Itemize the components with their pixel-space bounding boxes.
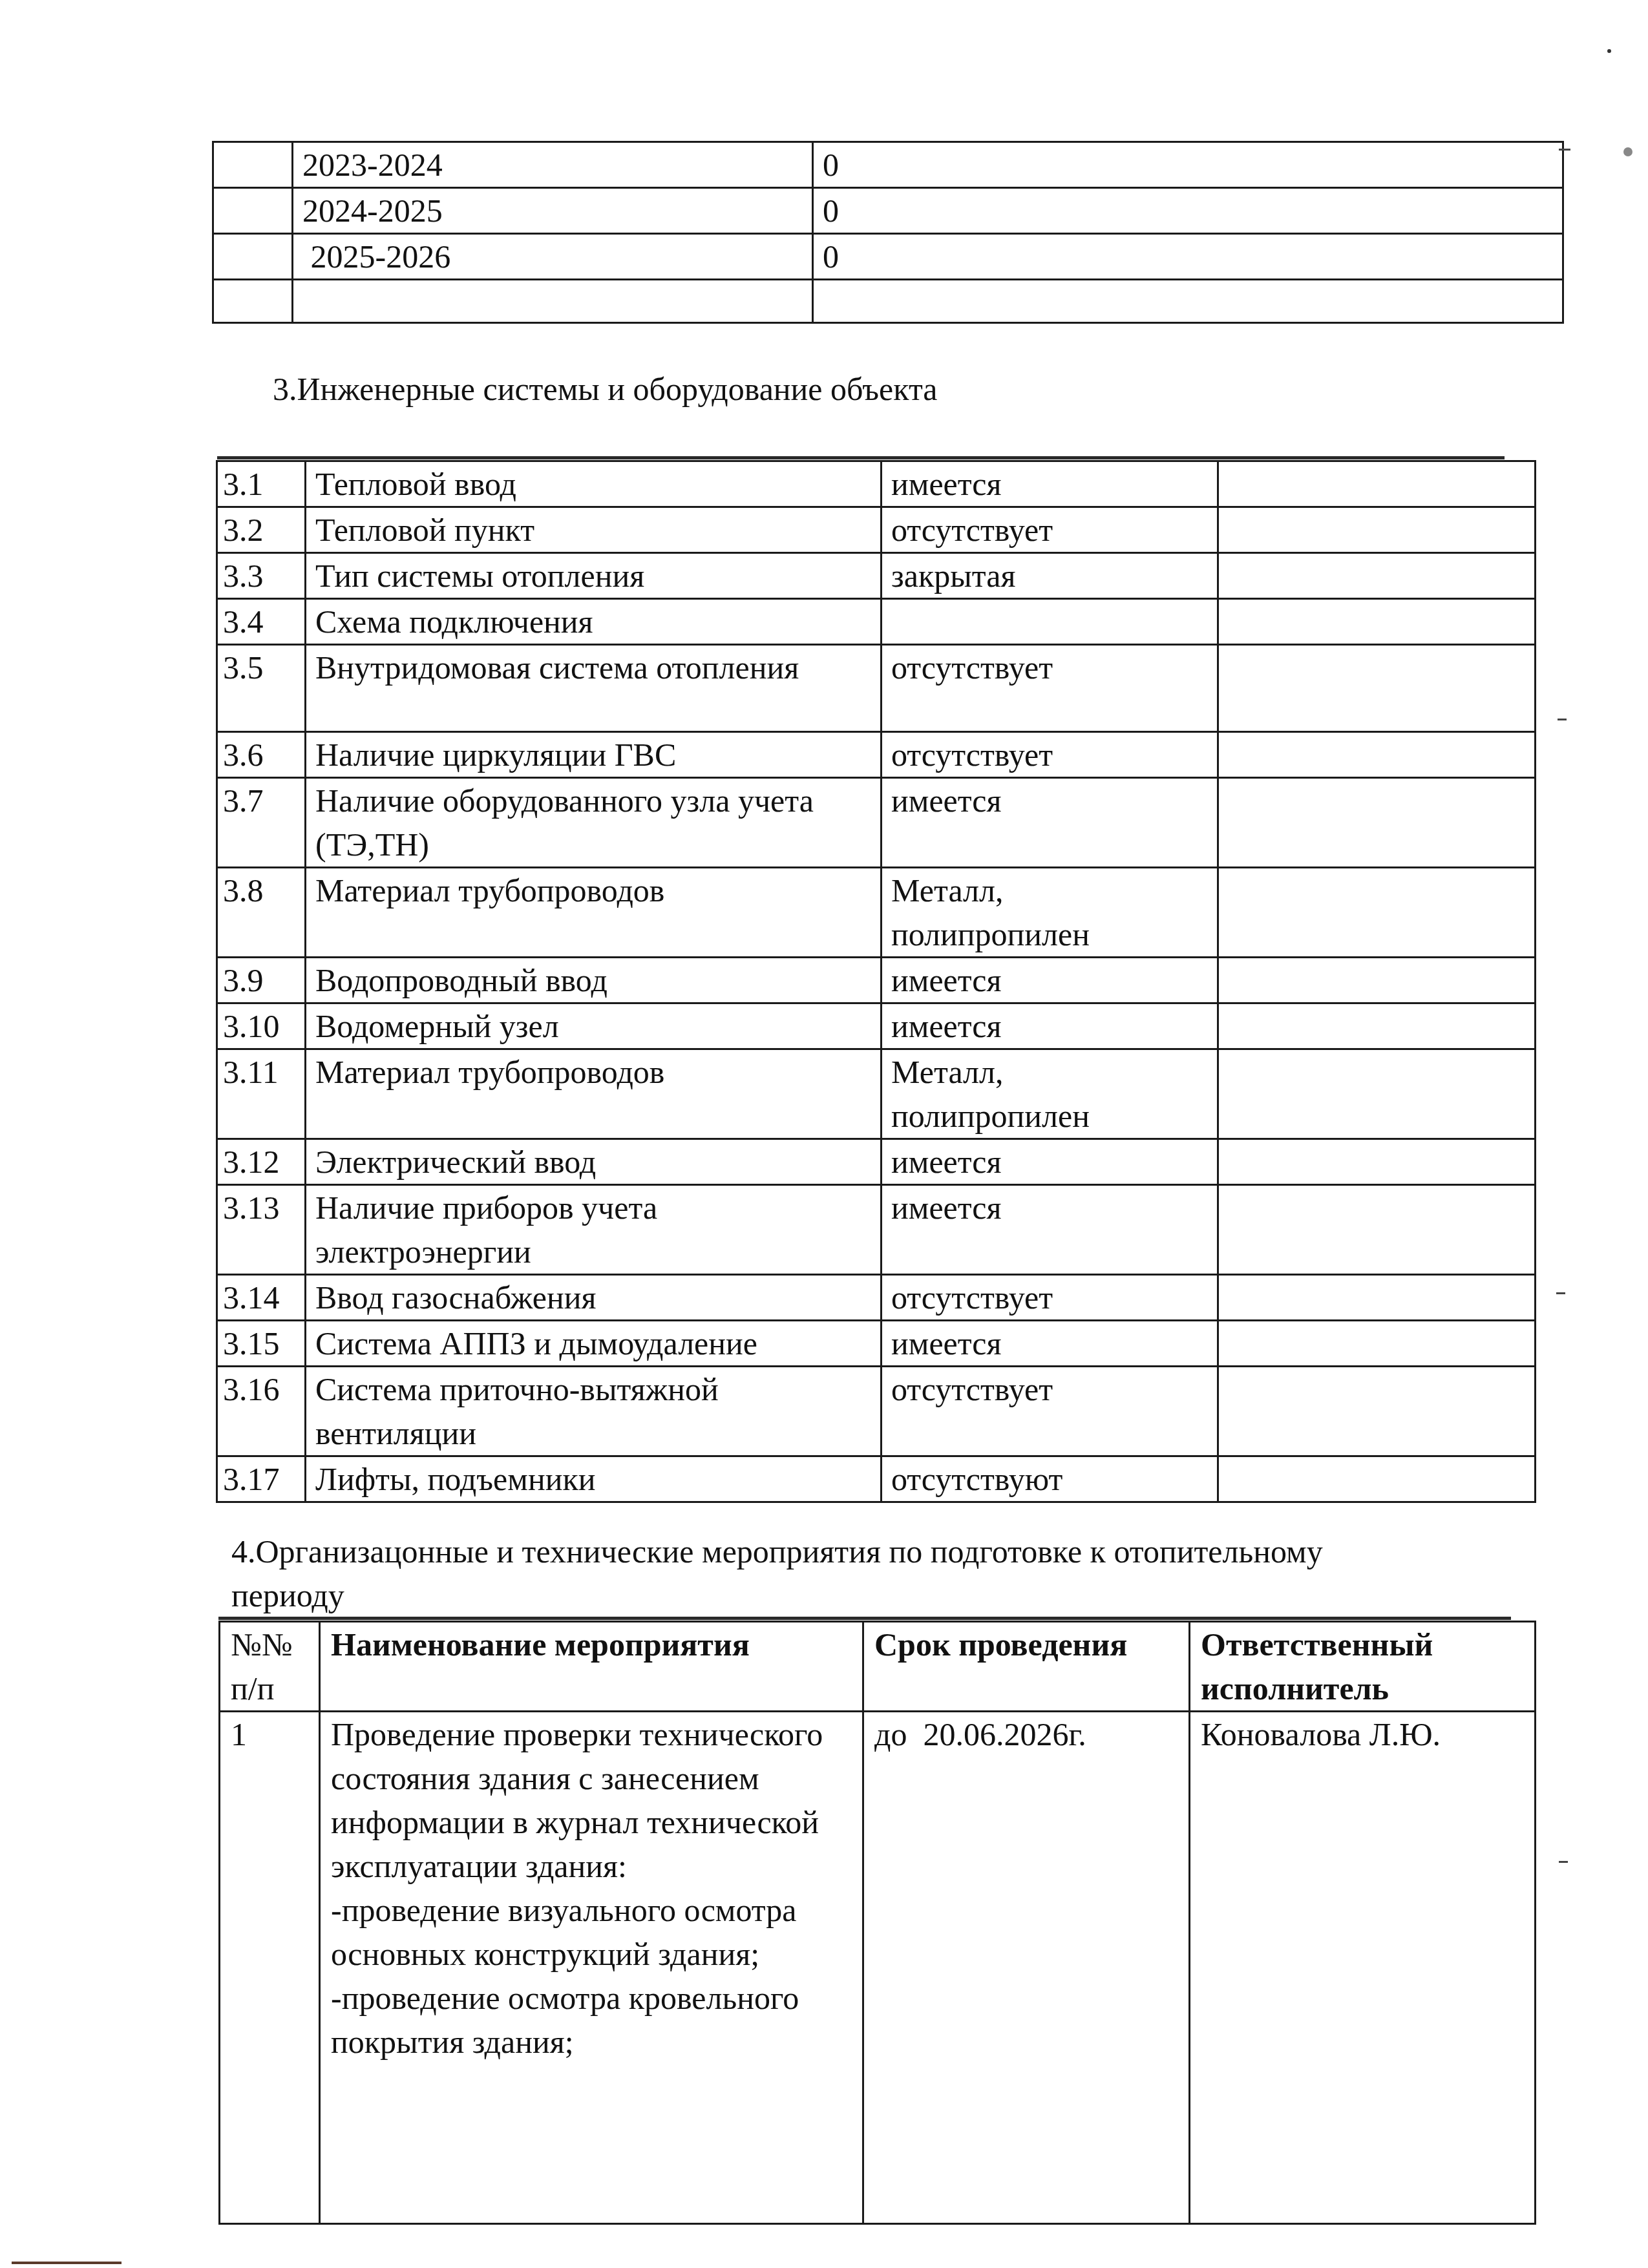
item-note: [1218, 1049, 1536, 1139]
value-cell: 0: [813, 188, 1563, 234]
item-note: [1218, 1139, 1536, 1185]
item-note: [1218, 553, 1536, 599]
table-row: 2023-2024 0: [213, 142, 1563, 188]
item-name: Водомерный узел: [306, 1003, 882, 1049]
table-row: 3.16Система приточно-вытяжной вентиляции…: [217, 1367, 1536, 1456]
item-value: имеется: [882, 461, 1218, 507]
item-number: 3.1: [217, 461, 306, 507]
item-value: имеется: [882, 1185, 1218, 1275]
item-value: имеется: [882, 1003, 1218, 1049]
item-value: Металл, полипропилен: [882, 868, 1218, 958]
item-note: [1218, 645, 1536, 732]
table-row: 3.12Электрический вводимеется: [217, 1139, 1536, 1185]
item-value: [882, 599, 1218, 645]
scan-speck: [1607, 49, 1611, 53]
scan-mark: [1559, 149, 1570, 151]
item-number: 3.15: [217, 1321, 306, 1367]
item-name: Схема подключения: [306, 599, 882, 645]
table-top-rule: [218, 1617, 1511, 1620]
item-value: Металл, полипропилен: [882, 1049, 1218, 1139]
item-name: Электрический ввод: [306, 1139, 882, 1185]
item-note: [1218, 1367, 1536, 1456]
section-3-title: 3.Инженерные системы и оборудование объе…: [273, 367, 938, 411]
item-note: [1218, 1275, 1536, 1321]
table-row: 1 Проведение проверки технического состо…: [220, 1712, 1536, 2224]
item-note: [1218, 1003, 1536, 1049]
item-value: отсутствует: [882, 507, 1218, 553]
item-name: Водопроводный ввод: [306, 958, 882, 1003]
period-cell: 2023-2024: [293, 142, 813, 188]
item-value: имеется: [882, 1139, 1218, 1185]
item-value: отсутствует: [882, 1275, 1218, 1321]
item-note: [1218, 1185, 1536, 1275]
item-number: 3.7: [217, 778, 306, 868]
item-name: Тип системы отопления: [306, 553, 882, 599]
value-cell: [813, 280, 1563, 323]
item-number: 3.2: [217, 507, 306, 553]
header-name: Наименование мероприятия: [320, 1622, 863, 1712]
years-table: 2023-2024 0 2024-2025 0 2025-2026 0: [212, 141, 1564, 324]
item-value: имеется: [882, 778, 1218, 868]
item-note: [1218, 778, 1536, 868]
item-name: Ввод газоснабжения: [306, 1275, 882, 1321]
table-row: 3.17Лифты, подъемникиотсутствуют: [217, 1456, 1536, 1502]
item-note: [1218, 732, 1536, 778]
item-name: Тепловой ввод: [306, 461, 882, 507]
table-row: 3.2Тепловой пунктотсутствует: [217, 507, 1536, 553]
table-row: 2024-2025 0: [213, 188, 1563, 234]
table-header-row: №№ п/п Наименование мероприятия Срок про…: [220, 1622, 1536, 1712]
item-note: [1218, 599, 1536, 645]
period-cell: [293, 280, 813, 323]
header-num: №№ п/п: [220, 1622, 320, 1712]
section-4-title: 4.Организацонные и технические мероприят…: [231, 1529, 1395, 1617]
item-name: Система АППЗ и дымоудаление: [306, 1321, 882, 1367]
header-date: Срок проведения: [863, 1622, 1190, 1712]
item-number: 3.10: [217, 1003, 306, 1049]
table-row: 3.10Водомерный узелимеется: [217, 1003, 1536, 1049]
item-number: 3.6: [217, 732, 306, 778]
table-row: 3.13Наличие приборов учета электроэнерги…: [217, 1185, 1536, 1275]
item-note: [1218, 507, 1536, 553]
item-number: 3.13: [217, 1185, 306, 1275]
item-number: 3.17: [217, 1456, 306, 1502]
engineering-systems-table: 3.1Тепловой вводимеется3.2Тепловой пункт…: [216, 460, 1536, 1503]
item-number: 3.12: [217, 1139, 306, 1185]
item-value: имеется: [882, 958, 1218, 1003]
item-value: отсутствуют: [882, 1456, 1218, 1502]
item-value: отсутствует: [882, 1367, 1218, 1456]
item-name: Лифты, подъемники: [306, 1456, 882, 1502]
item-name: Наличие приборов учета электроэнергии: [306, 1185, 882, 1275]
table-row: 3.14Ввод газоснабженияотсутствует: [217, 1275, 1536, 1321]
table-row: 3.4Схема подключения: [217, 599, 1536, 645]
item-number: 3.3: [217, 553, 306, 599]
item-name: Материал трубопроводов: [306, 868, 882, 958]
table-row: 2025-2026 0: [213, 234, 1563, 280]
measure-name: Проведение проверки технического состоян…: [320, 1712, 863, 2224]
item-name: Тепловой пункт: [306, 507, 882, 553]
table-row: 3.15Система АППЗ и дымоудалениеимеется: [217, 1321, 1536, 1367]
item-name: Наличие оборудованного узла учета (ТЭ,ТН…: [306, 778, 882, 868]
item-name: Наличие циркуляции ГВС: [306, 732, 882, 778]
measure-date: до 20.06.2026г.: [863, 1712, 1190, 2224]
item-value: отсутствует: [882, 732, 1218, 778]
table-row: [213, 280, 1563, 323]
header-responsible: Ответственный исполнитель: [1190, 1622, 1536, 1712]
item-number: 3.4: [217, 599, 306, 645]
item-note: [1218, 958, 1536, 1003]
table-row: 3.8Материал трубопроводовМеталл, полипро…: [217, 868, 1536, 958]
scan-edge: [12, 2262, 121, 2264]
table-row: 3.5Внутридомовая система отопленияотсутс…: [217, 645, 1536, 732]
scan-mark: [1559, 1861, 1568, 1863]
item-name: Внутридомовая система отопления: [306, 645, 882, 732]
item-number: 3.8: [217, 868, 306, 958]
row-number-cell: [213, 280, 293, 323]
item-number: 3.14: [217, 1275, 306, 1321]
scan-mark: [1558, 719, 1567, 720]
row-number-cell: [213, 188, 293, 234]
value-cell: 0: [813, 142, 1563, 188]
table-row: 3.11Материал трубопроводовМеталл, полипр…: [217, 1049, 1536, 1139]
item-value: отсутствует: [882, 645, 1218, 732]
measure-num: 1: [220, 1712, 320, 2224]
item-note: [1218, 1456, 1536, 1502]
document-page: 2023-2024 0 2024-2025 0 2025-2026 0 3.Ин…: [0, 0, 1648, 2268]
table-row: 3.9Водопроводный вводимеется: [217, 958, 1536, 1003]
item-number: 3.9: [217, 958, 306, 1003]
measure-responsible: Коновалова Л.Ю.: [1190, 1712, 1536, 2224]
table-row: 3.1Тепловой вводимеется: [217, 461, 1536, 507]
table-row: 3.7Наличие оборудованного узла учета (ТЭ…: [217, 778, 1536, 868]
item-note: [1218, 868, 1536, 958]
period-cell: 2024-2025: [293, 188, 813, 234]
item-number: 3.16: [217, 1367, 306, 1456]
item-value: имеется: [882, 1321, 1218, 1367]
table-top-rule: [217, 456, 1505, 459]
measures-table: №№ п/п Наименование мероприятия Срок про…: [218, 1621, 1536, 2225]
item-number: 3.11: [217, 1049, 306, 1139]
row-number-cell: [213, 142, 293, 188]
value-cell: 0: [813, 234, 1563, 280]
row-number-cell: [213, 234, 293, 280]
item-number: 3.5: [217, 645, 306, 732]
item-value: закрытая: [882, 553, 1218, 599]
item-name: Система приточно-вытяжной вентиляции: [306, 1367, 882, 1456]
table-row: 3.3Тип системы отоплениязакрытая: [217, 553, 1536, 599]
item-name: Материал трубопроводов: [306, 1049, 882, 1139]
item-note: [1218, 1321, 1536, 1367]
table-row: 3.6Наличие циркуляции ГВСотсутствует: [217, 732, 1536, 778]
period-cell: 2025-2026: [293, 234, 813, 280]
scan-speck: [1623, 147, 1632, 156]
item-note: [1218, 461, 1536, 507]
scan-mark: [1556, 1292, 1565, 1294]
